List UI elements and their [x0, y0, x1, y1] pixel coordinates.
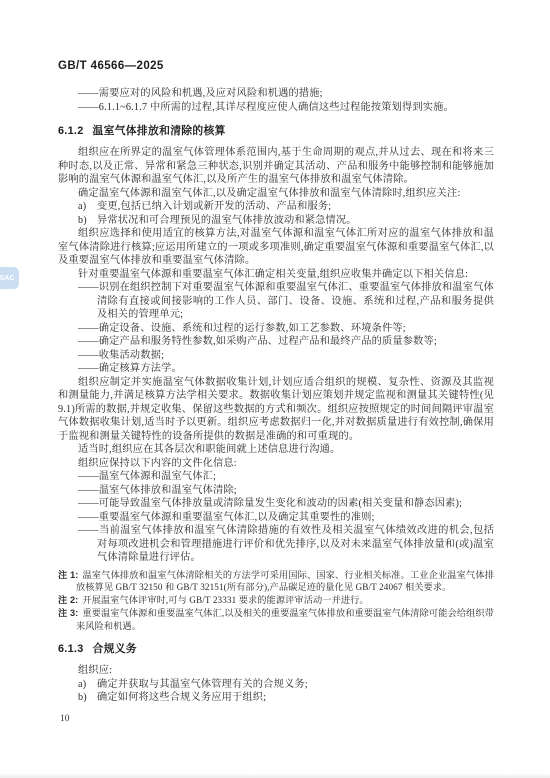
dash-list-item: ——温室气体源和温室气体汇; — [58, 470, 494, 484]
note-label: 注 2: — [58, 595, 78, 605]
dash-list-item: ——当前温室气体排放和温室气体清除措施的有效性及相关温室气体绩效改进的机会,包括… — [58, 524, 494, 565]
dash-list-item: ——收集活动数据; — [58, 349, 494, 363]
body-paragraph: 确定温室气体源和温室气体汇,以及确定温室气体排放和温室气体清除时,组织应关注: — [58, 187, 494, 201]
note-item: 注 3:重要温室气体源和重要温室气体汇,以及相关的重要温室气体排放和重要温室气体… — [58, 607, 494, 633]
list-item-text: 确定并获取与其温室气体管理有关的合规义务; — [97, 679, 308, 690]
body-paragraph: 针对重要温室气体源和重要温室气体汇确定相关变量,组织应收集并确定以下相关信息: — [58, 268, 494, 282]
notes-block: 注 1:温室气体排放和温室气体清除相关的方法学可采用国际、国家、行业相关标准。工… — [58, 569, 494, 633]
section-heading-613: 6.1.3合规义务 — [58, 641, 494, 656]
list-item-label: a) — [78, 678, 92, 692]
list-item-text: 确定如何将这些合规义务应用于组织; — [97, 692, 266, 703]
body-paragraph: 组织应制定并实施温室气体数据收集计划,计划应适合组织的规模、复杂性、资源及其监视… — [58, 376, 494, 444]
intro-dash-item: ——6.1.1~6.1.7 中所需的过程,其详尽程度应使人确信这些过程能按策划得… — [58, 101, 494, 115]
doc-number: GB/T 46566—2025 — [58, 60, 494, 72]
list-item-b: b)异常状况和可合理预见的温室气体排放波动和紧急情况。 — [58, 214, 494, 228]
dash-list-item: ——确定产品和服务特性参数,如采购产品、过程产品和最终产品的质量参数等; — [58, 335, 494, 349]
section-number: 6.1.2 — [58, 125, 84, 137]
document-page: GB/T 46566—2025 ——需要应对的风险和机遇,及应对风险和机遇的措施… — [58, 60, 494, 724]
dash-list-item: ——确定核算方法学。 — [58, 362, 494, 376]
section-title: 温室气体排放和清除的核算 — [93, 125, 226, 137]
watermark-stamp: SAC — [0, 267, 19, 289]
note-text: 重要温室气体源和重要温室气体汇,以及相关的重要温室气体排放和重要温室气体清除可能… — [76, 608, 494, 631]
dash-list-item: ——温室气体排放和温室气体清除; — [58, 484, 494, 498]
page-edge-shadow — [0, 773, 550, 778]
body-paragraph: 组织应在所界定的温室气体管理体系范围内,基于生命周期的观点,并从过去、现在和将来… — [58, 146, 494, 187]
body-paragraph: 组织应: — [58, 664, 494, 678]
note-item: 注 1:温室气体排放和温室气体清除相关的方法学可采用国际、国家、行业相关标准。工… — [58, 569, 494, 595]
note-label: 注 3: — [58, 608, 78, 618]
list-item-a: a)变更,包括已纳入计划或新开发的活动、产品和服务; — [58, 200, 494, 214]
section-number: 6.1.3 — [58, 643, 84, 655]
list-item-text: 异常状况和可合理预见的温室气体排放波动和紧急情况。 — [97, 215, 357, 226]
body-paragraph: 适当时,组织应在其各层次和职能间就上述信息进行沟通。 — [58, 443, 494, 457]
watermark-text: SAC — [0, 275, 14, 282]
list-item-text: 变更,包括已纳入计划或新开发的活动、产品和服务; — [97, 201, 331, 212]
intro-dash-item: ——需要应对的风险和机遇,及应对风险和机遇的措施; — [58, 87, 494, 101]
note-label: 注 1: — [58, 570, 78, 580]
list-item-label: a) — [78, 200, 92, 214]
dash-list-item: ——识别在组织控制下对重要温室气体源和重要温室气体汇、重要温室气体排放和温室气体… — [58, 281, 494, 322]
section-title: 合规义务 — [93, 643, 137, 655]
list-item-label: b) — [78, 691, 92, 705]
dash-list-item: ——确定设备、设施、系统和过程的运行参数,如工艺参数、环境条件等; — [58, 322, 494, 336]
note-item: 注 2:开展温室气体评审时,可与 GB/T 23331 要求的能源评审活动一并进… — [58, 594, 494, 607]
list-item-a: a)确定并获取与其温室气体管理有关的合规义务; — [58, 678, 494, 692]
section-heading-612: 6.1.2温室气体排放和清除的核算 — [58, 123, 494, 138]
list-item-b: b)确定如何将这些合规义务应用于组织; — [58, 691, 494, 705]
dash-list-item: ——可能导致温室气体排放量或清除量发生变化和波动的因素(相关变量和静态因素); — [58, 497, 494, 511]
body-paragraph: 组织应选择和使用适宜的核算方法,对温室气体源和温室气体汇所对应的温室气体排放和温… — [58, 227, 494, 268]
body-paragraph: 组织应保持以下内容的文件化信息: — [58, 457, 494, 471]
note-text: 开展温室气体评审时,可与 GB/T 23331 要求的能源评审活动一并进行。 — [82, 595, 368, 605]
page-number: 10 — [60, 714, 494, 724]
note-text: 温室气体排放和温室气体清除相关的方法学可采用国际、国家、行业相关标准。工业企业温… — [76, 570, 494, 593]
dash-list-item: ——重要温室气体源和重要温室气体汇,以及确定其重要性的准则; — [58, 511, 494, 525]
list-item-label: b) — [78, 214, 92, 228]
